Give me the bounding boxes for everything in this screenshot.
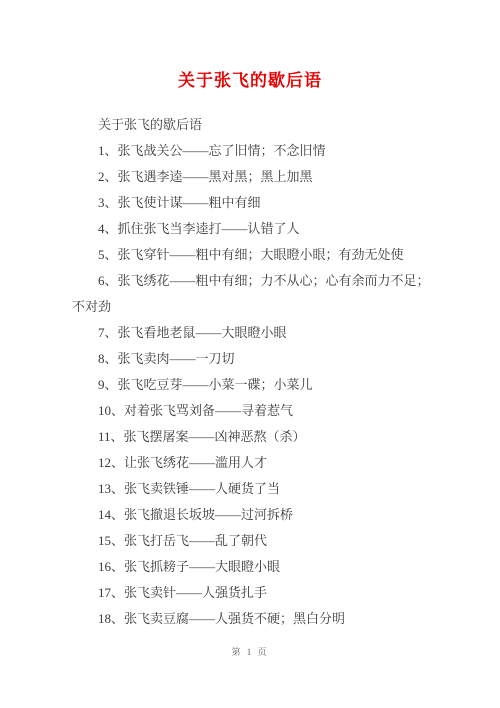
document-title: 关于张飞的歇后语	[0, 70, 500, 92]
list-item-13: 13、张飞卖铁锤——人硬货了当	[72, 476, 436, 502]
list-item-6: 6、张飞绣花——粗中有细；力不从心；心有余而力不足；不对劲	[72, 268, 436, 320]
list-item-5: 5、张飞穿针——粗中有细；大眼瞪小眼；有劲无处使	[72, 242, 436, 268]
list-item-14: 14、张飞撤退长坂坡——过河拆桥	[72, 502, 436, 528]
list-item-10: 10、对着张飞骂刘备——寻着惹气	[72, 398, 436, 424]
list-item-4: 4、抓住张飞当李逵打——认错了人	[72, 216, 436, 242]
list-item-1: 1、张飞战关公——忘了旧情；不念旧情	[72, 138, 436, 164]
list-item-17: 17、张飞卖针——人强货扎手	[72, 580, 436, 606]
list-item-9: 9、张飞吃豆芽——小菜一碟；小菜儿	[72, 372, 436, 398]
document-page: 关于张飞的歇后语 关于张飞的歇后语 1、张飞战关公——忘了旧情；不念旧情 2、张…	[0, 0, 500, 708]
list-item-2: 2、张飞遇李逵——黑对黑；黑上加黑	[72, 164, 436, 190]
list-item-18: 18、张飞卖豆腐——人强货不硬；黑白分明	[72, 606, 436, 632]
list-item-16: 16、张飞抓耪子——大眼瞪小眼	[72, 554, 436, 580]
list-item-12: 12、让张飞绣花——滥用人才	[72, 450, 436, 476]
list-item-11: 11、张飞摆屠案——凶神恶熬（杀）	[72, 424, 436, 450]
list-item-7: 7、张飞看地老鼠——大眼瞪小眼	[72, 320, 436, 346]
page-number: 第 1 页	[0, 645, 500, 658]
list-item-8: 8、张飞卖肉——一刀切	[72, 346, 436, 372]
list-item-15: 15、张飞打岳飞——乱了朝代	[72, 528, 436, 554]
list-item-3: 3、张飞使计谋——粗中有细	[72, 190, 436, 216]
document-body: 关于张飞的歇后语 1、张飞战关公——忘了旧情；不念旧情 2、张飞遇李逵——黑对黑…	[72, 112, 436, 632]
intro-line: 关于张飞的歇后语	[72, 112, 436, 138]
